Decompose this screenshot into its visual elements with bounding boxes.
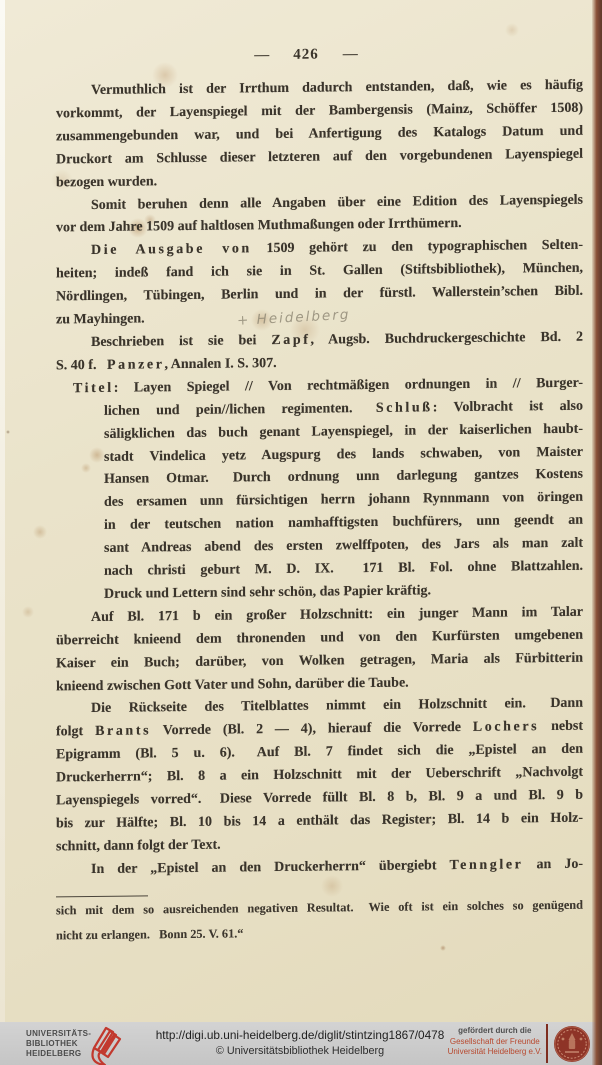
- page-number-value: 426: [293, 47, 319, 63]
- header-dash-left: —: [254, 47, 269, 63]
- library-name-line: HEIDELBERG: [26, 1049, 91, 1059]
- funding-line: Universität Heidelberg e.V.: [448, 1047, 542, 1058]
- page-text: Vermuthlich ist der Irrthum dadurch ents…: [56, 75, 583, 882]
- header-dash-right: —: [343, 46, 358, 62]
- footer-divider: [546, 1024, 548, 1063]
- page-number: —426—: [56, 44, 556, 66]
- source-url-link[interactable]: http://digi.ub.uni-heidelberg.de/diglit/…: [128, 1028, 472, 1042]
- text-line: nicht zu erlangen. Bonn 25. V. 61.“: [56, 917, 583, 947]
- library-name: UNIVERSITÄTS- BIBLIOTHEK HEIDELBERG: [26, 1029, 91, 1058]
- library-name-line: BIBLIOTHEK: [26, 1039, 91, 1049]
- page-content: —426— Vermuthlich ist der Irrthum dadurc…: [0, 0, 602, 1065]
- source-info: http://digi.ub.uni-heidelberg.de/diglit/…: [128, 1028, 472, 1057]
- footnote: sich mit dem so ausreichenden negativen …: [56, 893, 583, 948]
- digitized-book-viewer: —426— Vermuthlich ist der Irrthum dadurc…: [0, 0, 602, 1065]
- library-name-line: UNIVERSITÄTS-: [26, 1029, 91, 1039]
- scan-left-edge: [0, 0, 5, 1022]
- funding-line: Gesellschaft der Freunde: [448, 1037, 542, 1048]
- funding-note: gefördert durch die Gesellschaft der Fre…: [448, 1026, 542, 1058]
- scan-right-edge: [592, 0, 602, 1065]
- text-line: In der „Epistel an den Druckerherrn“ übe…: [56, 854, 583, 883]
- viewer-footer-bar: UNIVERSITÄTS- BIBLIOTHEK HEIDELBERG http…: [0, 1022, 602, 1065]
- copyright-notice: © Universitätsbibliothek Heidelberg: [128, 1045, 472, 1057]
- scanned-page: —426— Vermuthlich ist der Irrthum dadurc…: [0, 0, 602, 1065]
- university-seal-icon: [553, 1025, 591, 1063]
- library-books-logo-icon: [84, 1023, 126, 1065]
- funding-line: gefördert durch die: [448, 1026, 542, 1037]
